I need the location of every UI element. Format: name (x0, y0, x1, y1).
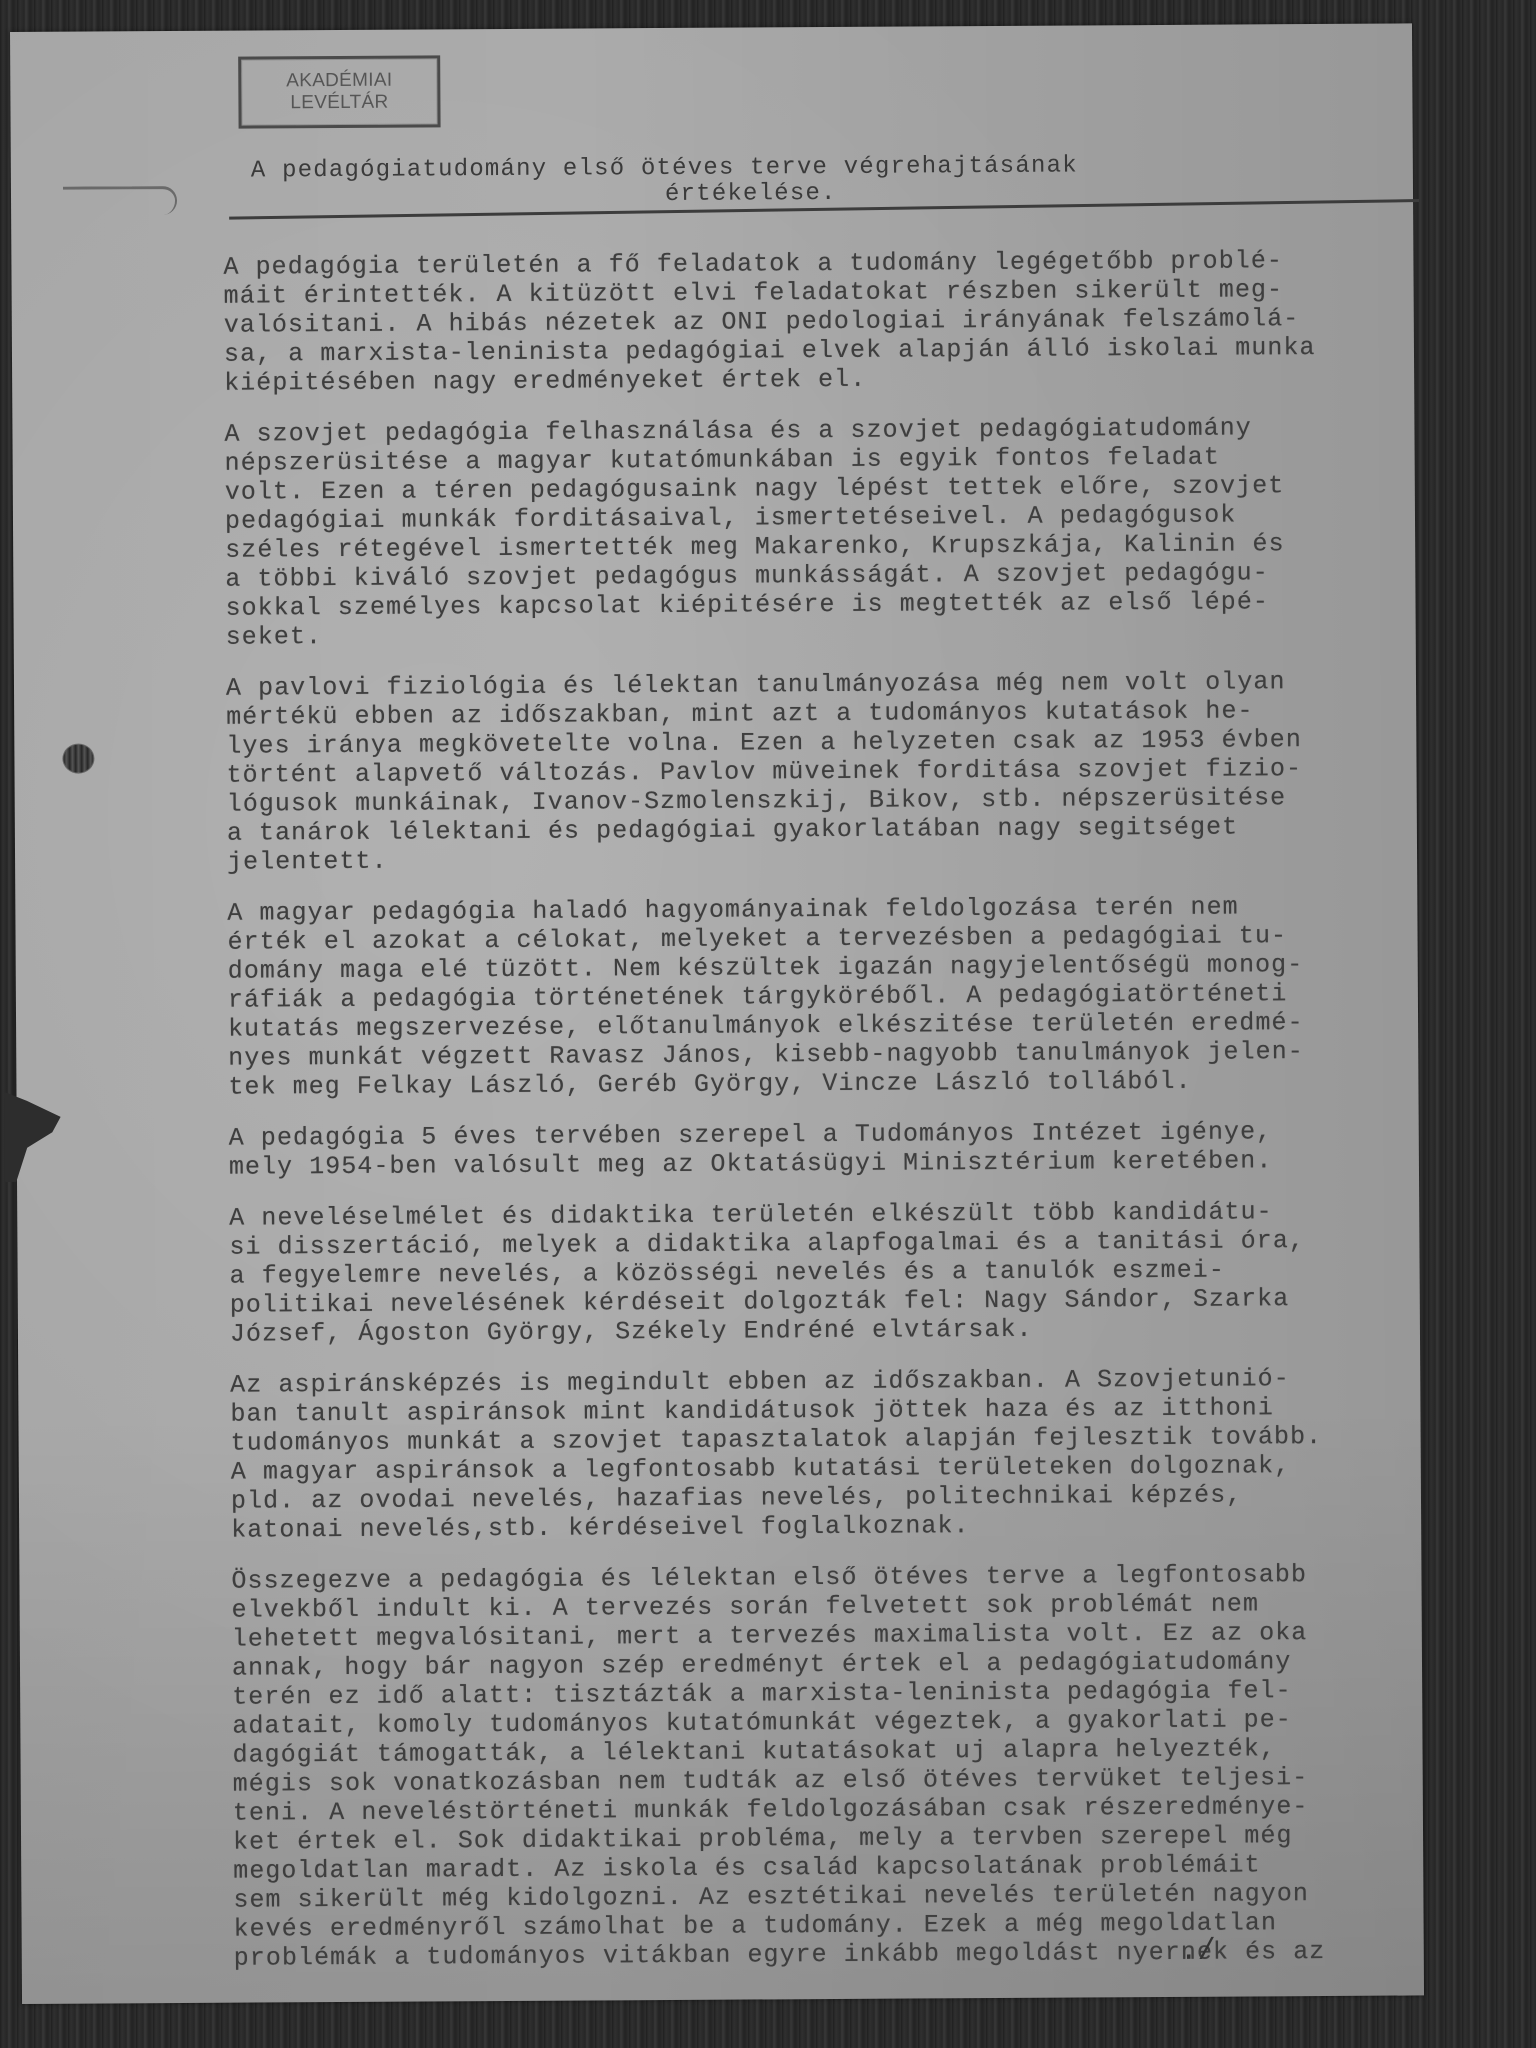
text-line: mely 1954-ben valósult meg az Oktatásügy… (229, 1145, 1429, 1181)
paragraph: A szovjet pedagógia felhasználása és a s… (224, 412, 1425, 651)
title-line-1: A pedagógiatudomány első ötéves terve vé… (251, 152, 1078, 184)
text-line: problémák a tudományos vitákban egyre in… (234, 1936, 1434, 1972)
text-line: kiépitésében nagy eredményeket értek el. (224, 361, 1424, 397)
stamp-line-2: LEVÉLTÁR (241, 91, 437, 114)
torn-edge (4, 1092, 61, 1182)
paragraph: A pavlovi fiziológia és lélektan tanulmá… (226, 666, 1427, 876)
pencil-margin-mark (63, 186, 177, 216)
text-line: József, Ágoston György, Székely Endréné … (230, 1312, 1430, 1348)
paragraph: A neveléselmélet és didaktika területén … (229, 1196, 1430, 1348)
paragraph: A pedagógia 5 éves tervében szerepel a T… (229, 1116, 1429, 1181)
text-line: katonai nevelés,stb. kérdéseivel foglalk… (231, 1508, 1431, 1544)
archive-stamp: AKADÉMIAI LEVÉLTÁR (238, 55, 440, 128)
continuation-mark: ./ (1180, 1935, 1216, 1969)
paragraph: Az aspiránsképzés is megindult ebben az … (230, 1363, 1431, 1544)
paragraph: A magyar pedagógia haladó hagyományainak… (227, 891, 1428, 1101)
stamp-line-1: AKADÉMIAI (241, 69, 437, 92)
document-body: A pedagógia területén a fő feladatok a t… (223, 245, 1434, 1994)
punch-hole (62, 743, 94, 773)
text-line: tek meg Felkay László, Geréb György, Vin… (228, 1065, 1428, 1101)
typewritten-page: AKADÉMIAI LEVÉLTÁR A pedagógiatudomány e… (10, 23, 1424, 2004)
paragraph: A pedagógia területén a fő feladatok a t… (223, 245, 1424, 397)
document-title: A pedagógiatudomány első ötéves terve vé… (251, 152, 1251, 210)
paragraph: Összegezve a pedagógia és lélektan első … (231, 1559, 1433, 1972)
